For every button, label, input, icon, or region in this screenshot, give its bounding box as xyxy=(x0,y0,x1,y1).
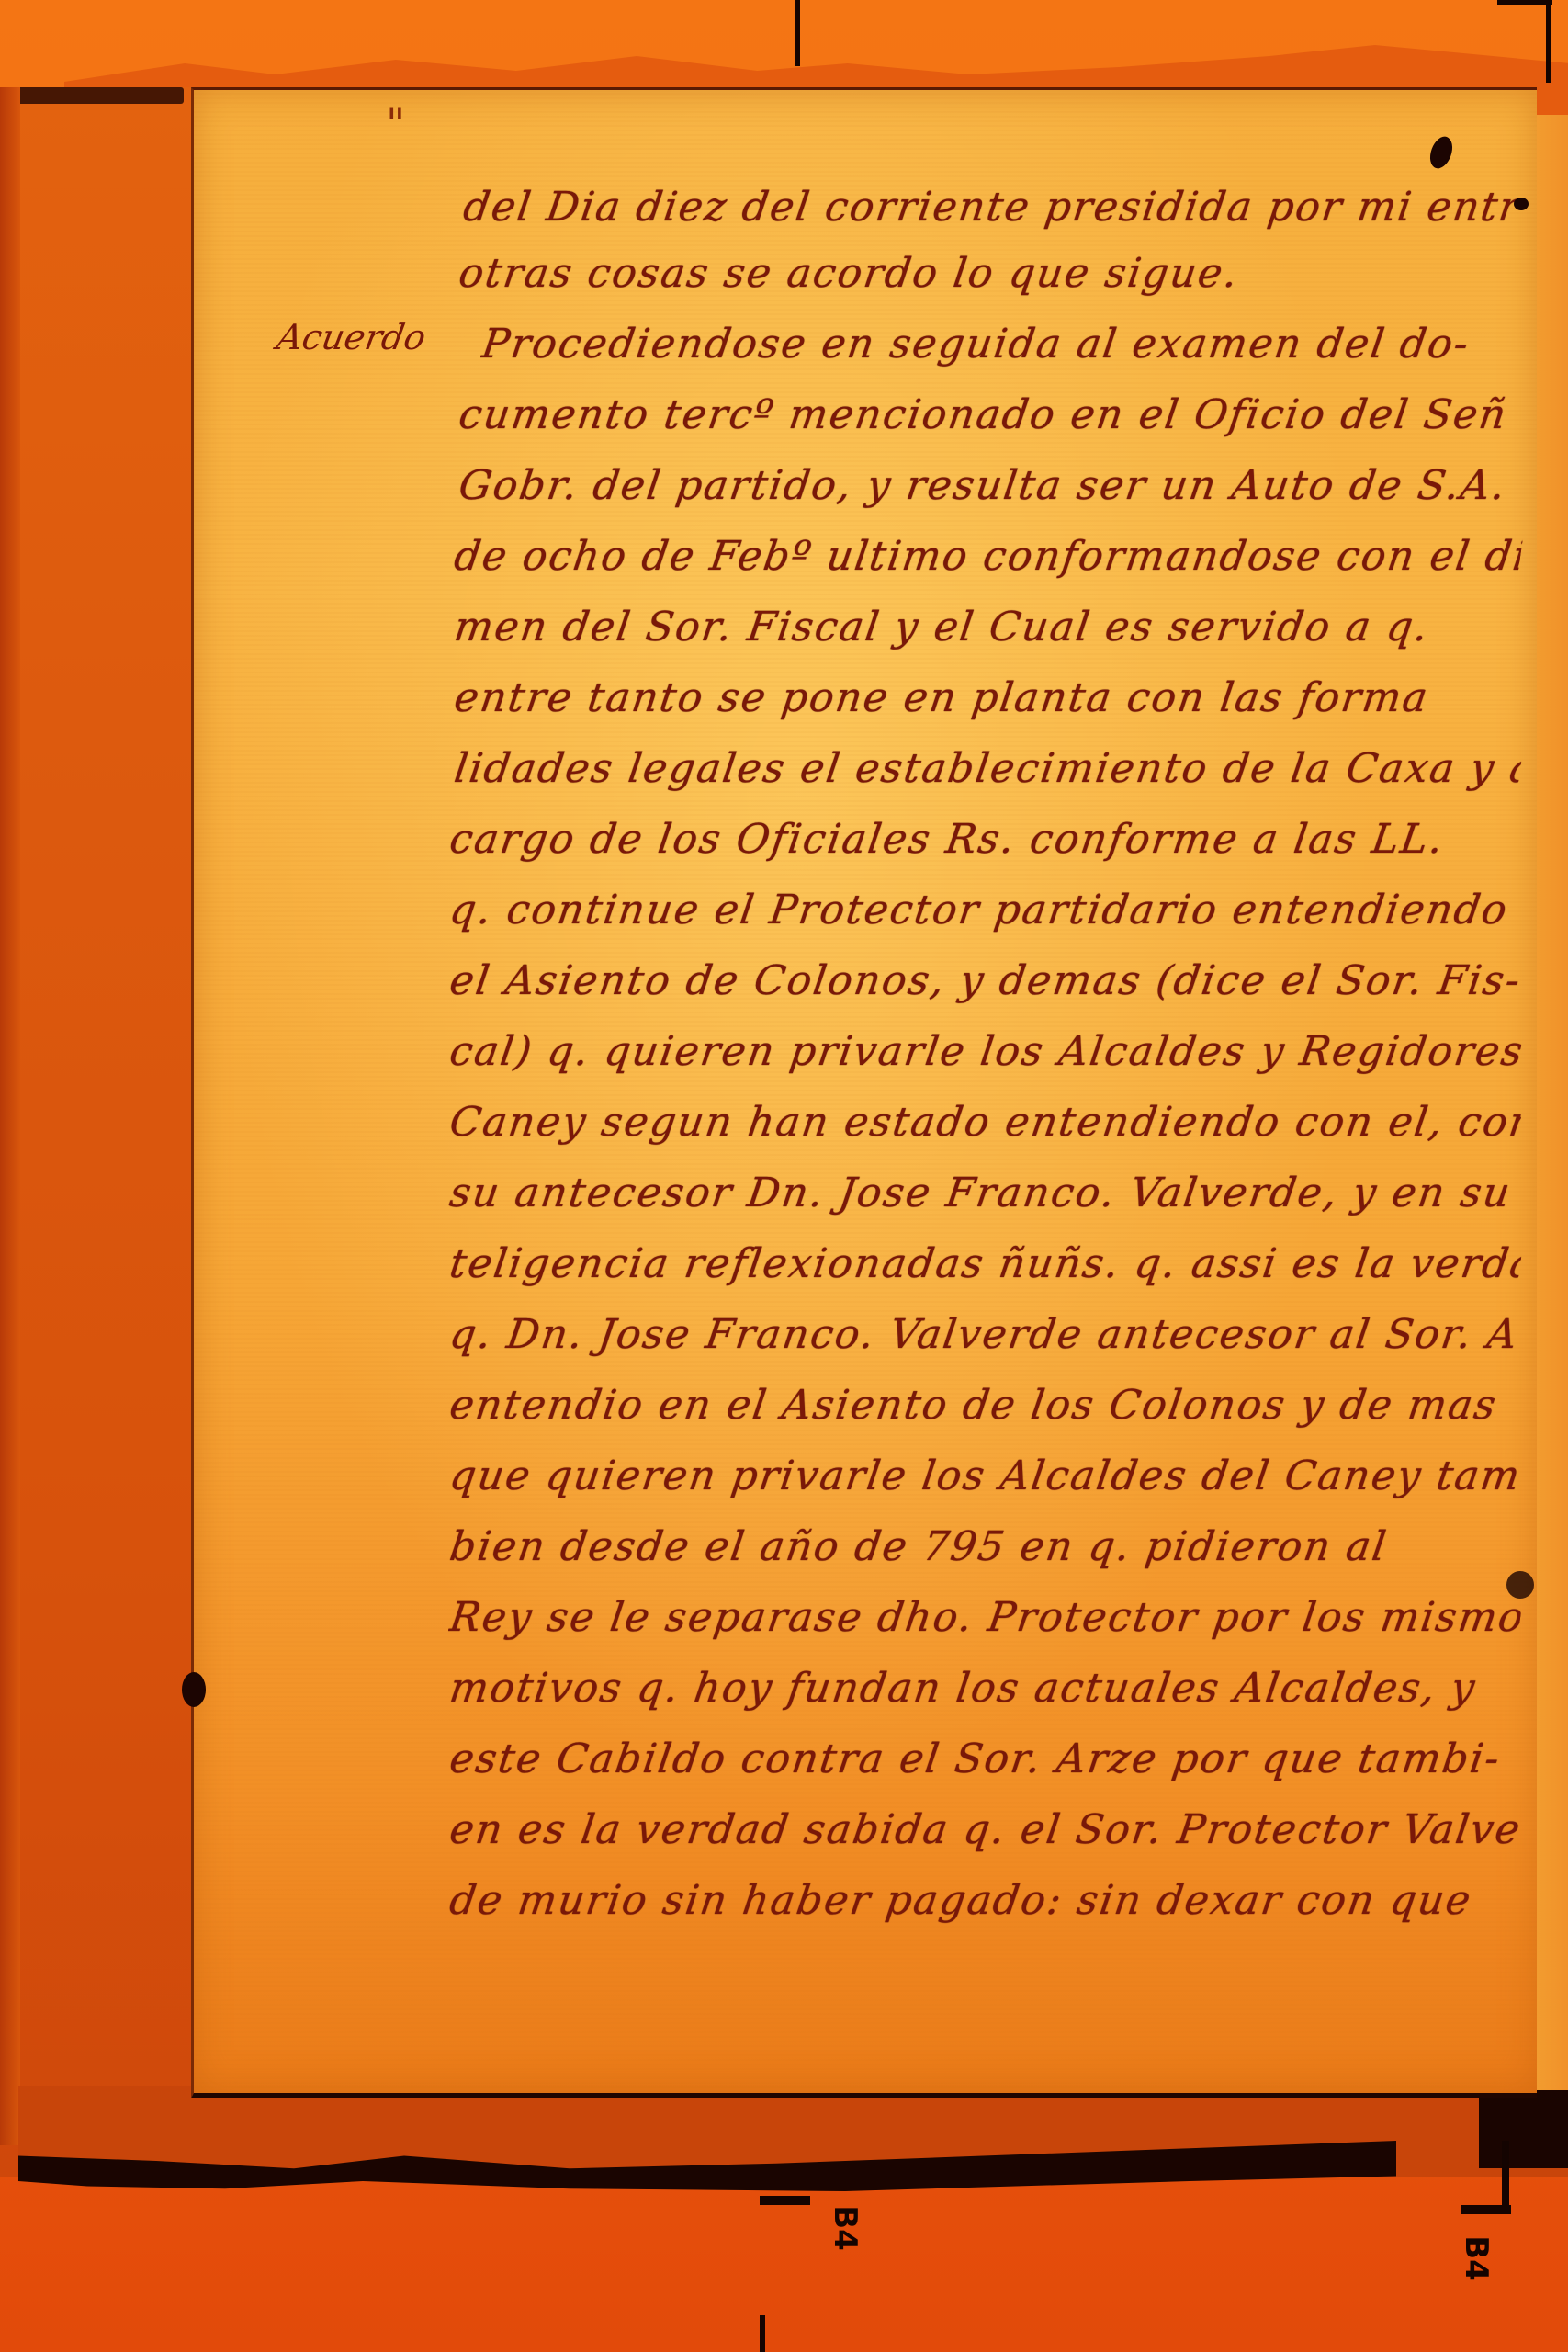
text-line: men del Sor. Fiscal y el Cual es servido… xyxy=(451,600,1524,655)
margin-note-acuerdo: Acuerdo xyxy=(274,317,429,357)
text-line: este Cabildo contra el Sor. Arze por que… xyxy=(446,1732,1524,1787)
reference-tick-bottom xyxy=(760,2196,810,2205)
text-line: en es la verdad sabida q. el Sor. Protec… xyxy=(446,1803,1524,1858)
text-line: cumento tercº mencionado en el Oficio de… xyxy=(456,388,1524,443)
text-line: entendio en el Asiento de los Colonos y … xyxy=(446,1378,1524,1433)
ink-blot xyxy=(1506,1571,1534,1599)
manuscript-text: " Acuerdo del Dia diez del corriente pre… xyxy=(0,0,1568,2352)
text-line: otras cosas se acordo lo que sigue. xyxy=(456,246,1382,301)
reference-tick-bottom-lower xyxy=(760,2315,765,2352)
text-line: Caney segun han estado entendiendo con e… xyxy=(446,1095,1524,1150)
film-label-left: B4 xyxy=(827,2205,863,2251)
text-line: Rey se le separase dho. Protector por lo… xyxy=(446,1590,1524,1645)
page-mark: " xyxy=(386,99,405,149)
text-line: el Asiento de Colonos, y demas (dice el … xyxy=(446,954,1524,1009)
film-label-right: B4 xyxy=(1458,2235,1495,2281)
text-line: de ocho de Febº ultimo conformandose con… xyxy=(451,529,1524,584)
ink-blot xyxy=(1514,198,1529,210)
text-line: entre tanto se pone en planta con las fo… xyxy=(451,671,1524,726)
reference-tick-top-right xyxy=(1546,0,1551,83)
text-line: de murio sin haber pagado: sin dexar con… xyxy=(446,1873,1524,1928)
text-line: del Dia diez del corriente presidida por… xyxy=(460,180,1524,235)
reference-tick-bottom-right-vertical xyxy=(1502,2141,1509,2214)
reference-tick-top xyxy=(795,0,800,66)
text-line: bien desde el año de 795 en q. pidieron … xyxy=(446,1520,1524,1575)
text-line: cargo de los Oficiales Rs. conforme a la… xyxy=(446,812,1524,867)
text-line: q. Dn. Jose Franco. Valverde antecesor a… xyxy=(446,1307,1524,1363)
text-line: Gobr. del partido, y resulta ser un Auto… xyxy=(456,458,1524,514)
text-line: Procediendose en seguida al examen del d… xyxy=(479,317,1524,372)
text-line: motivos q. hoy fundan los actuales Alcal… xyxy=(446,1661,1524,1716)
text-line: teligencia reflexionadas ñuñs. q. assi e… xyxy=(446,1237,1524,1292)
text-line: cal) q. quieren privarle los Alcaldes y … xyxy=(446,1024,1524,1080)
reference-tick-top-right-bar xyxy=(1497,0,1552,5)
text-line: q. continue el Protector partidario ente… xyxy=(446,883,1524,938)
text-line: que quieren privarle los Alcaldes del Ca… xyxy=(446,1449,1524,1504)
ink-blot xyxy=(182,1672,206,1707)
text-line: su antecesor Dn. Jose Franco. Valverde, … xyxy=(446,1166,1524,1221)
text-line: lidades legales el establecimiento de la… xyxy=(451,741,1524,797)
manuscript-scan: " Acuerdo del Dia diez del corriente pre… xyxy=(0,0,1568,2352)
